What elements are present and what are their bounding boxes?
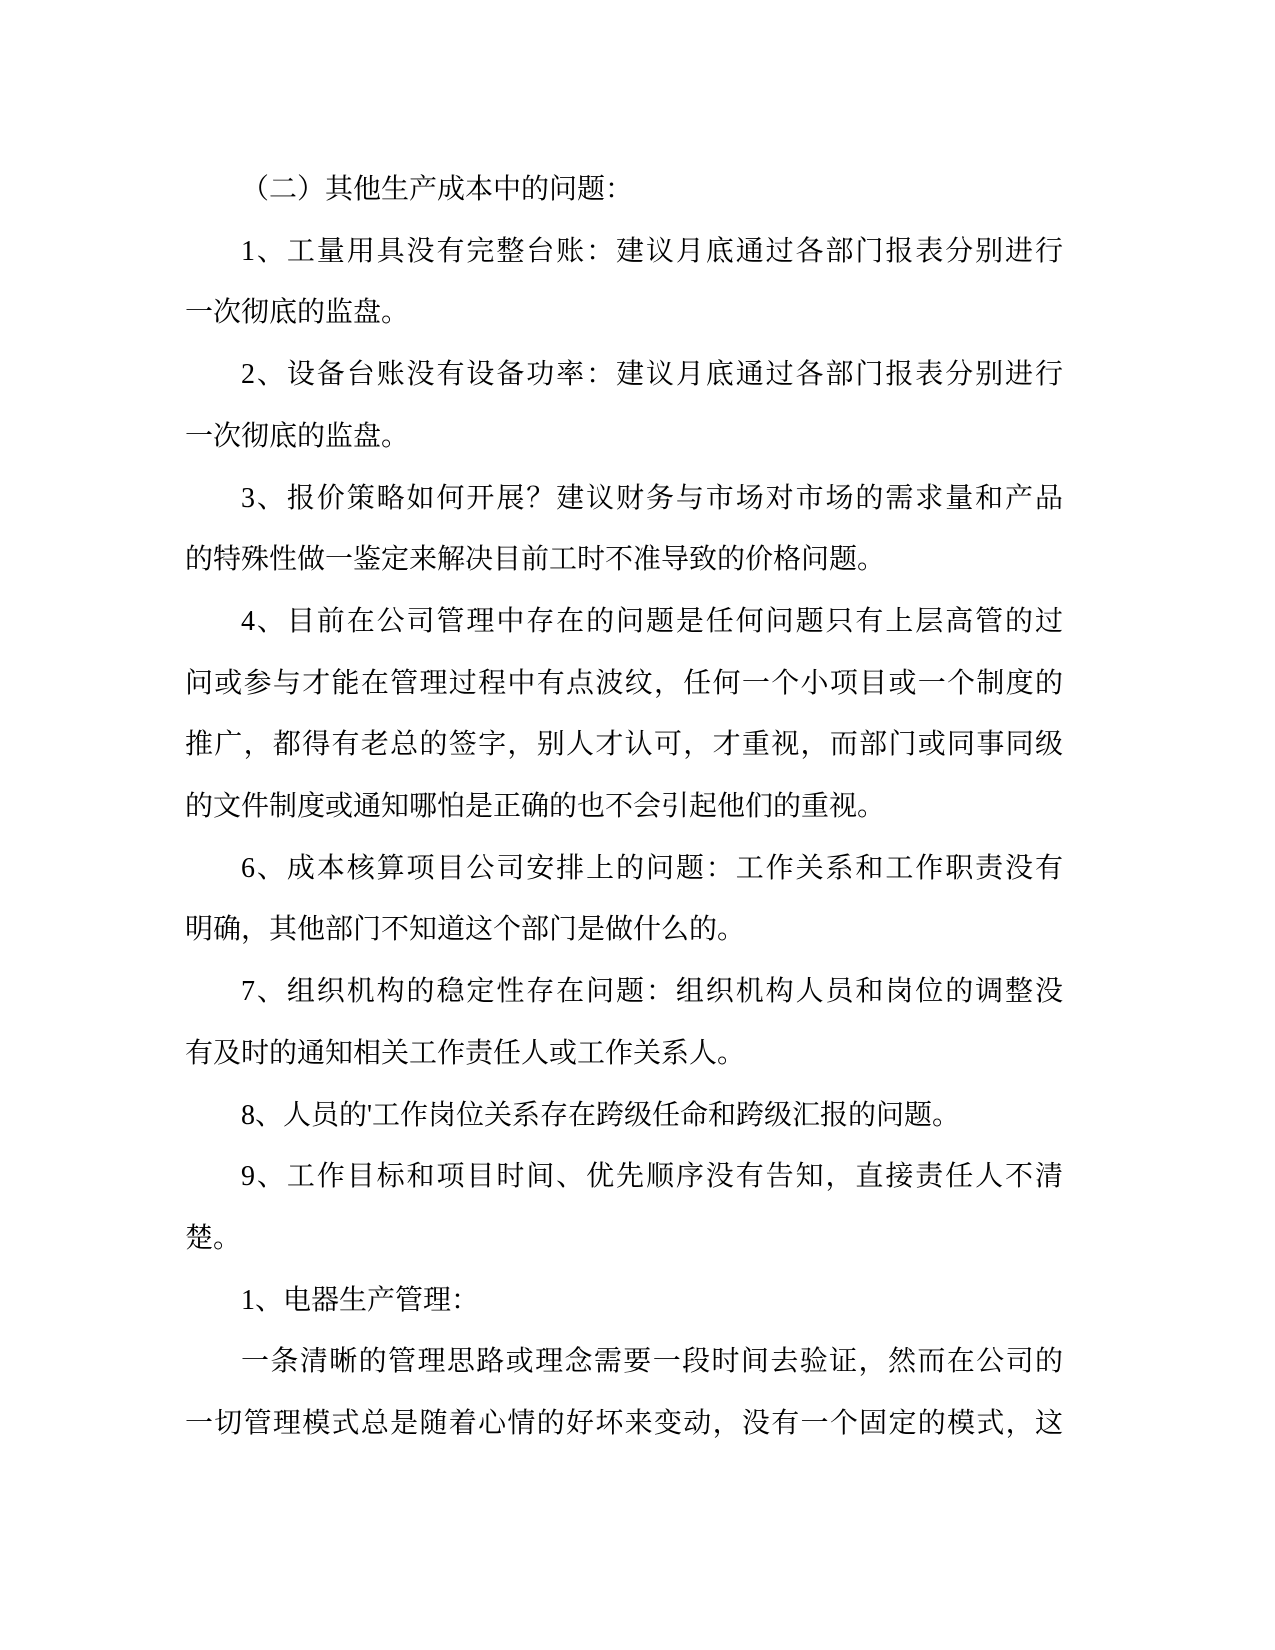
- document-line: 2、设备台账没有设备功率：建议月底通过各部门报表分别进行: [185, 344, 1063, 406]
- document-page: （二）其他生产成本中的问题： 1、工量用具没有完整台账：建议月底通过各部门报表分…: [0, 0, 1275, 1650]
- document-line: 问或参与才能在管理过程中有点波纹，任何一个小项目或一个制度的: [185, 653, 1063, 715]
- document-line: 3、报价策略如何开展？建议财务与市场对市场的需求量和产品: [185, 468, 1063, 530]
- document-line: 1、电器生产管理：: [185, 1270, 1063, 1332]
- document-line: 1、工量用具没有完整台账：建议月底通过各部门报表分别进行: [185, 221, 1063, 283]
- document-line: 楚。: [185, 1208, 1063, 1270]
- document-line: 明确，其他部门不知道这个部门是做什么的。: [185, 899, 1063, 961]
- document-body: （二）其他生产成本中的问题： 1、工量用具没有完整台账：建议月底通过各部门报表分…: [185, 159, 1063, 1455]
- document-line: 一切管理模式总是随着心情的好坏来变动，没有一个固定的模式，这: [185, 1393, 1063, 1455]
- document-line: 9、工作目标和项目时间、优先顺序没有告知，直接责任人不清: [185, 1146, 1063, 1208]
- document-line: 4、目前在公司管理中存在的问题是任何问题只有上层高管的过: [185, 591, 1063, 653]
- document-line: 一次彻底的监盘。: [185, 406, 1063, 468]
- document-line: 推广，都得有老总的签字，别人才认可，才重视，而部门或同事同级: [185, 714, 1063, 776]
- document-line: 8、人员的'工作岗位关系存在跨级任命和跨级汇报的问题。: [185, 1085, 1063, 1147]
- document-line: 一次彻底的监盘。: [185, 282, 1063, 344]
- document-line: 一条清晰的管理思路或理念需要一段时间去验证，然而在公司的: [185, 1331, 1063, 1393]
- document-line: 7、组织机构的稳定性存在问题：组织机构人员和岗位的调整没: [185, 961, 1063, 1023]
- document-line: 6、成本核算项目公司安排上的问题：工作关系和工作职责没有: [185, 838, 1063, 900]
- document-line: 有及时的通知相关工作责任人或工作关系人。: [185, 1023, 1063, 1085]
- document-line: 的特殊性做一鉴定来解决目前工时不准导致的价格问题。: [185, 529, 1063, 591]
- document-line: （二）其他生产成本中的问题：: [185, 159, 1063, 221]
- document-line: 的文件制度或通知哪怕是正确的也不会引起他们的重视。: [185, 776, 1063, 838]
